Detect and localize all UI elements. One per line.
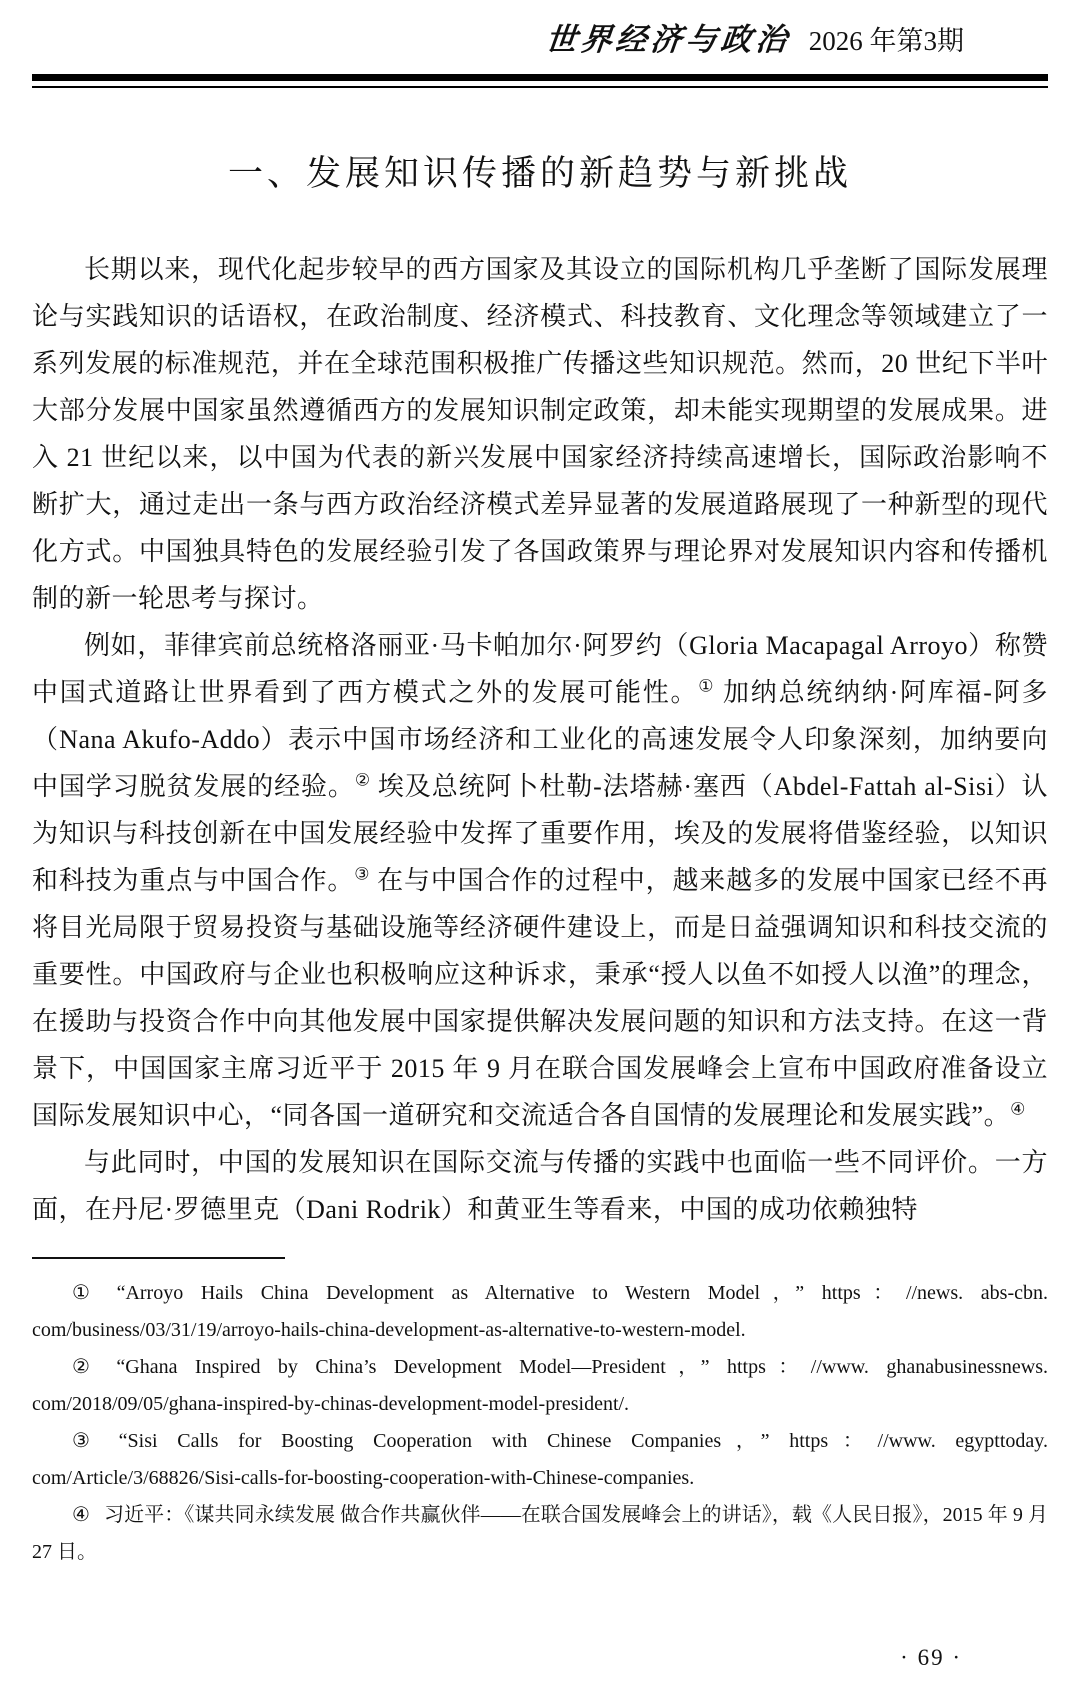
footnote-ref-2: ② bbox=[355, 770, 371, 789]
article-body: 长期以来，现代化起步较早的西方国家及其设立的国际机构几乎垄断了国际发展理论与实践… bbox=[32, 246, 1048, 1233]
paragraph-2: 例如，菲律宾前总统格洛丽亚·马卡帕加尔·阿罗约（Gloria Macapagal… bbox=[32, 622, 1048, 1139]
footnote-ref-3: ③ bbox=[354, 864, 370, 883]
footnote-text: 习近平：《谋共同永续发展 做合作共赢伙伴——在联合国发展峰会上的讲话》，载《人民… bbox=[32, 1504, 1048, 1563]
document-page: 世界经济与政治 2026 年第3期 一、发展知识传播的新趋势与新挑战 长期以来，… bbox=[0, 0, 1080, 1689]
footnote-item: ④习近平：《谋共同永续发展 做合作共赢伙伴——在联合国发展峰会上的讲话》，载《人… bbox=[32, 1497, 1048, 1571]
footnote-marker: ① bbox=[72, 1282, 103, 1304]
paragraph-3: 与此同时，中国的发展知识在国际交流与传播的实践中也面临一些不同评价。一方面，在丹… bbox=[32, 1139, 1048, 1233]
footnote-text: “Ghana Inspired by China’s Development M… bbox=[32, 1356, 1048, 1415]
footnote-separator bbox=[32, 1257, 285, 1259]
footnote-item: ①“Arroyo Hails China Development as Alte… bbox=[32, 1275, 1048, 1349]
footnote-marker: ③ bbox=[72, 1430, 105, 1452]
section-heading: 一、发展知识传播的新趋势与新挑战 bbox=[32, 146, 1048, 196]
header-rule-thin bbox=[32, 86, 1048, 88]
footnote-marker: ④ bbox=[72, 1504, 90, 1526]
header-rule-thick bbox=[32, 74, 1048, 81]
issue-label: 2026 年第3期 bbox=[809, 19, 964, 58]
journal-logo: 世界经济与政治 bbox=[543, 14, 793, 59]
footnote-marker: ② bbox=[72, 1356, 102, 1378]
footnote-ref-1: ① bbox=[698, 676, 715, 695]
footnote-ref-4: ④ bbox=[1010, 1099, 1025, 1118]
footnote-item: ②“Ghana Inspired by China’s Development … bbox=[32, 1349, 1048, 1423]
page-number: · 69 · bbox=[900, 1645, 962, 1671]
footnote-text: “Arroyo Hails China Development as Alter… bbox=[32, 1282, 1048, 1341]
paragraph-2-text: 在与中国合作的过程中，越来越多的发展中国家已经不再将目光局限于贸易投资与基础设施… bbox=[32, 866, 1048, 1130]
footnote-text: “Sisi Calls for Boosting Cooperation wit… bbox=[32, 1430, 1048, 1489]
footnotes-block: ①“Arroyo Hails China Development as Alte… bbox=[32, 1275, 1048, 1571]
paragraph-1: 长期以来，现代化起步较早的西方国家及其设立的国际机构几乎垄断了国际发展理论与实践… bbox=[32, 246, 1048, 622]
page-header: 世界经济与政治 2026 年第3期 bbox=[32, 14, 1048, 66]
footnote-item: ③“Sisi Calls for Boosting Cooperation wi… bbox=[32, 1423, 1048, 1497]
